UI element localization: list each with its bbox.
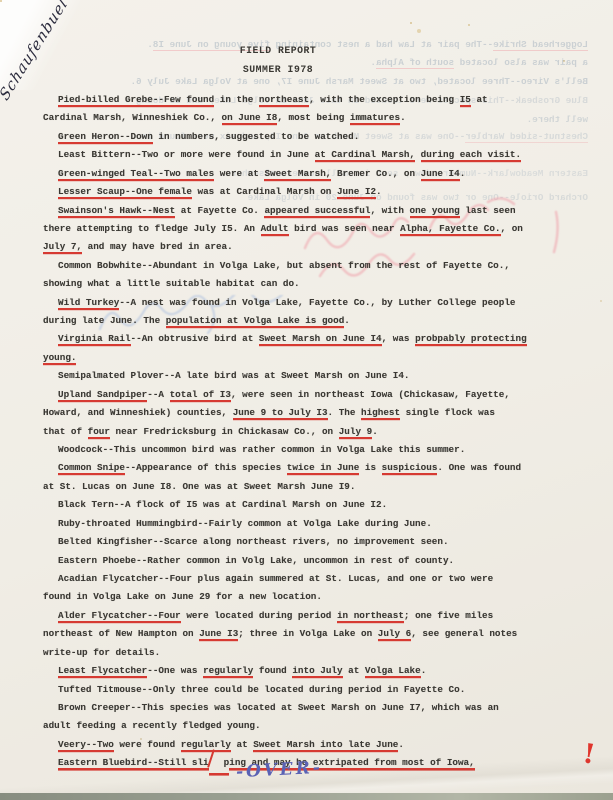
report-entry: Acadian Flycatcher--Four plus again summ… <box>43 570 550 607</box>
underlined-phrase: Virginia Rail <box>58 333 131 344</box>
report-entry: Upland Sandpiper--A total of I3, were se… <box>43 386 550 441</box>
underlined-phrase: population at Volga Lake is good <box>166 315 345 326</box>
report-subtitle: SUMMER I978 <box>178 64 378 75</box>
text-segment: , most being <box>277 112 350 123</box>
underlined-phrase: highest <box>361 407 400 418</box>
scanned-report-page: Loggerhead Shrike--The pair at Law had a… <box>0 0 613 800</box>
text-segment: at <box>231 739 253 750</box>
text-segment: Brown Creeper--This species was located … <box>43 702 499 731</box>
text-segment: were found <box>114 739 181 750</box>
underlined-phrase: I5 <box>460 94 471 105</box>
underlined-phrase: Eastern Bluebird--Still sli <box>58 757 209 768</box>
text-segment: Belted Kingfisher--Scarce along northeas… <box>58 536 449 547</box>
underlined-phrase: in northeast <box>337 610 404 621</box>
underlined-phrase: Wild Turkey <box>58 297 119 308</box>
red-exclamation-annotation: ! <box>581 738 598 770</box>
report-body: Pied-billed Grebe--Few found in the nort… <box>43 91 550 773</box>
text-segment: Bremer Co., on <box>331 168 420 179</box>
underlined-phrase: Sweet Marsh, <box>264 168 331 179</box>
underlined-phrase: regularly <box>203 665 253 676</box>
report-entry: Lesser Scaup--One female was at Cardinal… <box>43 183 550 201</box>
underlined-phrase: suspicious <box>382 462 438 473</box>
text-segment: Black Tern--A flock of I5 was at Cardina… <box>58 499 387 510</box>
underlined-phrase: during each visit. <box>421 149 521 160</box>
underlined-phrase: northeast <box>259 94 309 105</box>
underlined-phrase: Alder Flycatcher--Four <box>58 610 181 621</box>
text-segment: Woodcock--This uncommon bird was rather … <box>58 444 465 455</box>
report-entry: Common Bobwhite--Abundant in Volga Lake,… <box>43 257 550 294</box>
text-segment: . The <box>328 407 361 418</box>
report-entry: Semipalmated Plover--A late bird was at … <box>43 367 550 385</box>
report-entry: Swainson's Hawk--Nest at Fayette Co. app… <box>43 202 550 257</box>
text-segment: ; three in Volga Lake on <box>238 628 377 639</box>
underlined-phrase: Least Flycatcher <box>58 665 147 676</box>
text-segment: was at Cardinal Marsh on <box>192 186 337 197</box>
underlined-phrase: on June I8 <box>222 112 278 123</box>
report-entry: Green-winged Teal--Two males were at Swe… <box>43 165 550 183</box>
underlined-phrase: regularly <box>181 739 231 750</box>
text-segment: --An obtrusive bird at <box>131 333 259 344</box>
text-segment: . <box>460 168 466 179</box>
underlined-phrase: July 9 <box>339 426 372 437</box>
underlined-phrase: June I2 <box>337 186 376 197</box>
underlined-phrase: into July <box>292 665 342 676</box>
text-segment: in numbers, suggested to be watched. <box>153 131 359 142</box>
text-segment: were located during period <box>181 610 337 621</box>
underlined-phrase: Sweet Marsh into late June <box>253 739 398 750</box>
report-entry: Ruby-throated Hummingbird--Fairly common… <box>43 515 550 533</box>
text-segment: Ruby-throated Hummingbird--Fairly common… <box>58 518 432 529</box>
underlined-phrase: Green-winged Teal--Two males <box>58 168 214 179</box>
underlined-phrase: south of Alpha <box>376 57 454 68</box>
report-entry: Least Flycatcher--One was regularly foun… <box>43 662 550 680</box>
text-segment: Common Bobwhite--Abundant in Volga Lake,… <box>43 260 510 289</box>
underlined-phrase: Lesser Scaup--One female <box>58 186 192 197</box>
text-segment: , on <box>501 223 523 234</box>
underlined-phrase: total of I3 <box>170 389 231 400</box>
underlined-phrase: Loggerhead Shrike <box>493 39 588 50</box>
underlined-phrase: June I4 <box>421 168 460 179</box>
underlined-phrase: young. <box>43 352 76 363</box>
underlined-phrase: Sweet Marsh on June I4 <box>259 333 382 344</box>
underlined-phrase: at Cardinal Marsh, <box>315 149 415 160</box>
underlined-phrase: Veery--Two <box>58 739 114 750</box>
report-entry: Tufted Titmouse--Only three could be loc… <box>43 681 550 699</box>
signature-handwritten: Schaufenbuel <box>0 0 71 104</box>
underlined-phrase: June I3 <box>199 628 238 639</box>
text-segment: bird was seen near <box>289 223 401 234</box>
underlined-phrase: Upland Sandpiper <box>58 389 147 400</box>
text-segment: Semipalmated Plover--A late bird was at … <box>58 370 409 381</box>
text-segment: , was <box>382 333 415 344</box>
text-segment: a pair was also located <box>454 57 588 68</box>
text-segment: at Fayette Co. <box>175 205 264 216</box>
text-segment: near Fredricksburg in Chickasaw Co., on <box>110 426 339 437</box>
report-entry: Brown Creeper--This species was located … <box>43 699 550 736</box>
text-segment: . <box>398 739 404 750</box>
underlined-phrase: four <box>88 426 110 437</box>
underlined-phrase: twice in June <box>287 462 360 473</box>
text-segment: , with the exception being <box>309 94 460 105</box>
underlined-phrase: probpably protecting <box>415 333 527 344</box>
report-entry: Belted Kingfisher--Scarce along northeas… <box>43 533 550 551</box>
text-segment: . <box>376 186 382 197</box>
text-segment: . <box>147 39 153 50</box>
text-segment: , with <box>370 205 409 216</box>
underlined-phrase: June 9 to July I3 <box>233 407 328 418</box>
report-entry: Pied-billed Grebe--Few found in the nort… <box>43 91 550 128</box>
text-segment: is <box>359 462 381 473</box>
underlined-phrase: Green Heron--Down <box>58 131 153 142</box>
text-segment: Least Bittern--Two or more were found in… <box>58 149 315 160</box>
paper-specks <box>0 0 2 2</box>
report-entry: Eastern Phoebe--Rather common in Volg La… <box>43 552 550 570</box>
text-segment: . <box>421 665 427 676</box>
underlined-phrase: one young <box>410 205 460 216</box>
bleed-through-line: Bell's Vireo--Three located, two at Swee… <box>35 76 588 88</box>
report-entry: Green Heron--Down in numbers, suggested … <box>43 128 550 146</box>
text-segment: in the <box>214 94 259 105</box>
report-entry: Veery--Two were found regularly at Sweet… <box>43 736 550 754</box>
text-segment: at <box>343 665 365 676</box>
title-block: FIELD REPORT SUMMER I978 <box>178 45 378 75</box>
report-entry: Wild Turkey--A nest was found in Volga L… <box>43 294 550 331</box>
report-entry: Virginia Rail--An obtrusive bird at Swee… <box>43 330 550 367</box>
underlined-phrase: Adult <box>261 223 289 234</box>
text-segment: --A <box>147 389 169 400</box>
underlined-phrase: July 7, <box>43 241 82 252</box>
scan-edge-band <box>0 793 613 800</box>
report-title: FIELD REPORT <box>178 45 378 56</box>
text-segment: Bell's Vireo--Three located, two at Swee… <box>131 76 588 87</box>
report-entry: Black Tern--A flock of I5 was at Cardina… <box>43 496 550 514</box>
underlined-phrase: Alpha, Fayette Co. <box>400 223 500 234</box>
text-segment: . <box>344 315 350 326</box>
text-segment: --Appearance of this species <box>125 462 287 473</box>
underlined-phrase: Volga Lake <box>365 665 421 676</box>
underlined-phrase: Pied-billed Grebe--Few found <box>58 94 214 105</box>
report-entry: Common Snipe--Appearance of this species… <box>43 459 550 496</box>
over-note-handwritten: -OVER- <box>236 758 324 783</box>
text-segment: found <box>253 665 292 676</box>
text-segment: Eastern Phoebe--Rather common in Volg La… <box>58 555 454 566</box>
text-segment <box>415 149 421 160</box>
text-segment: . <box>372 426 378 437</box>
report-entry: Woodcock--This uncommon bird was rather … <box>43 441 550 459</box>
text-segment: Acadian Flycatcher--Four plus again summ… <box>43 573 493 602</box>
text-segment: were at <box>214 168 264 179</box>
text-segment: Tufted Titmouse--Only three could be loc… <box>58 684 465 695</box>
underlined-phrase: appeared successful <box>264 205 370 216</box>
underlined-phrase: Common Snipe <box>58 462 125 473</box>
text-segment: --One was <box>147 665 203 676</box>
underlined-phrase: Swainson's Hawk--Nest <box>58 205 175 216</box>
underlined-phrase: p <box>209 754 230 772</box>
text-segment: and may have bred in area. <box>82 241 233 252</box>
text-segment: . <box>400 112 406 123</box>
report-entry: Alder Flycatcher--Four were located duri… <box>43 607 550 662</box>
underlined-phrase: immatures <box>350 112 400 123</box>
report-entry: Least Bittern--Two or more were found in… <box>43 146 550 164</box>
underlined-phrase: July 6 <box>378 628 411 639</box>
